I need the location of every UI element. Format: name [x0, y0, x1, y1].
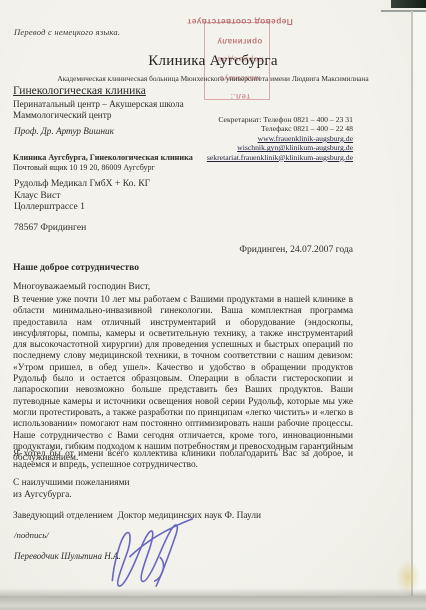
department-name: Гинекологическая клиника — [13, 84, 146, 97]
scan-bottom-band — [0, 596, 426, 610]
recipient-company: Рудольф Медикал ГмбХ + Ко. КГ — [14, 178, 150, 189]
sender-pobox: Почтовый ящик 10 19 20, 86009 Аугсбург — [13, 163, 155, 172]
department-line2: Перинатальный центр – Акушерская школа — [13, 99, 184, 109]
recipient-city: 78567 Фридинген — [14, 222, 86, 233]
handwritten-signature-icon — [100, 518, 210, 593]
clinic-subtitle: Академическая клиническая больница Мюнхе… — [18, 74, 408, 83]
phone-line: Секретариат: Телефон 0821 – 400 – 23 31 — [150, 115, 353, 124]
body-paragraph-2: Я хотел бы от имени всего коллектива кли… — [13, 449, 353, 472]
recipient-name: Клаус Вист — [14, 190, 60, 201]
sender-line: Клиника Аугсбурга, Гинекологическая клин… — [13, 153, 193, 162]
subject-line: Наше доброе сотрудничество — [13, 262, 139, 273]
scan-right-strip — [413, 11, 426, 597]
translation-note: Перевод с немецкого языка. — [14, 27, 120, 37]
scan-horizontal-edge — [381, 10, 426, 12]
department-line3: Маммологический центр — [13, 110, 111, 120]
professor-name: Проф. Др. Артур Вишник — [14, 126, 114, 136]
stamp-line-1: Перевод соответствует — [187, 17, 293, 27]
email-link-1: wischnik.gyn@klinikum-augsburg.de — [150, 143, 353, 152]
salutation: Многоуважаемый господин Вист, — [13, 281, 150, 292]
scan-page-edge-line — [411, 11, 413, 610]
closing-line-1: С наилучшими пожеланиями — [13, 478, 130, 488]
signature-placeholder: /подпись/ — [14, 530, 49, 540]
stamp-line-5: тел.: — [230, 92, 250, 101]
scan-bottom-shadow — [0, 588, 426, 596]
stamp-line-2: оригиналу — [217, 37, 262, 46]
closing-line-2: из Аугсубурга. — [13, 490, 72, 500]
scan-dark-corner — [391, 0, 426, 8]
date-line: Фридинген, 24.07.2007 года — [150, 244, 353, 255]
clinic-title: Клиника Аугсбурга — [90, 53, 336, 70]
website-link: www.frauenklinik-augsburg.de — [150, 134, 353, 143]
scanned-letter-page: Перевод с немецкого языка. Перевод соотв… — [0, 0, 426, 610]
body-paragraph-1: В течение уже почти 10 лет мы работаем с… — [13, 295, 353, 464]
fax-line: Телефакс 0821 – 400 – 22 48 — [150, 124, 353, 133]
recipient-street: Цоллерштрассе 1 — [14, 201, 85, 212]
